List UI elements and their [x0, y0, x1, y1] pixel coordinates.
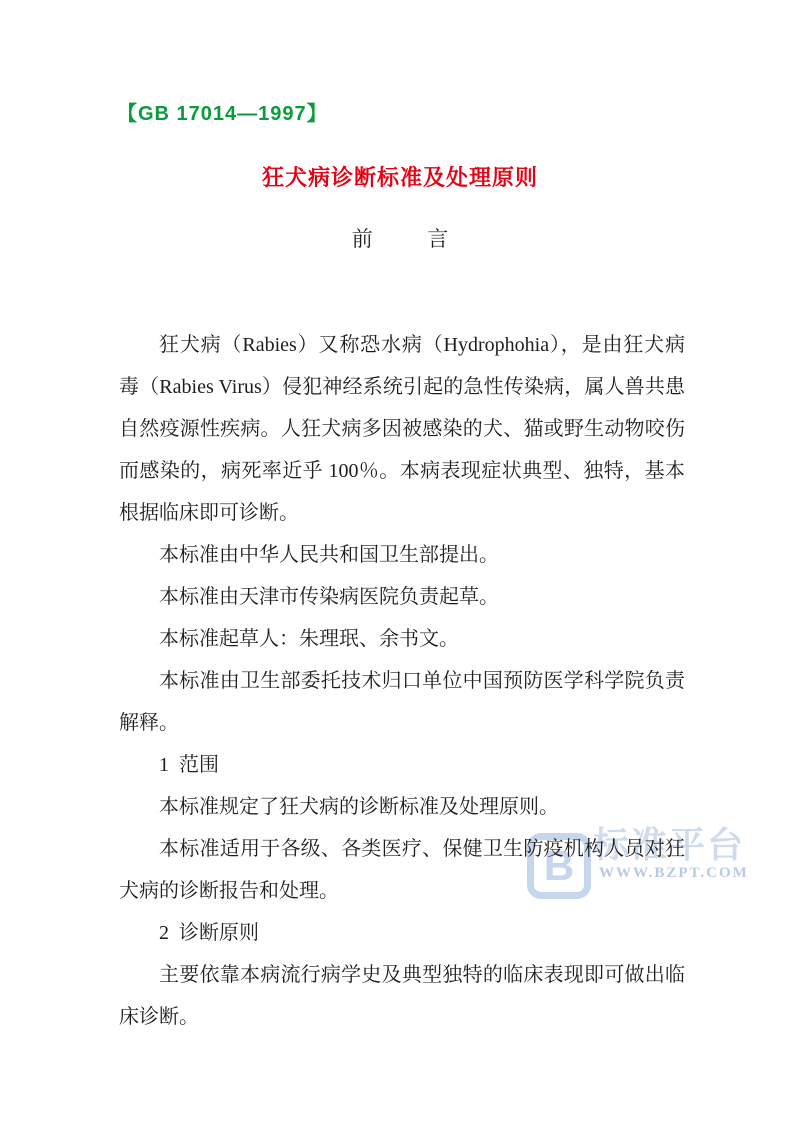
document-page: 【GB 17014—1997】 狂犬病诊断标准及处理原则 前 言 B 标准平台 …: [0, 0, 800, 1131]
preface-char-second: 言: [427, 227, 448, 251]
paragraph-issued-by: 本标准由中华人民共和国卫生部提出。: [119, 534, 685, 576]
document-title: 狂犬病诊断标准及处理原则: [0, 165, 800, 191]
paragraph-drafters: 本标准起草人：朱理珉、余书文。: [119, 618, 685, 660]
standard-code: 【GB 17014—1997】: [117, 102, 328, 126]
preface-char-first: 前: [352, 227, 373, 251]
document-body: 狂犬病（Rabies）又称恐水病（Hydrophohia），是由狂犬病毒（Rab…: [119, 324, 685, 1038]
preface-heading: 前 言: [0, 227, 800, 252]
paragraph-scope-application: 本标准适用于各级、各类医疗、保健卫生防疫机构人员对狂犬病的诊断报告和处理。: [119, 828, 685, 912]
paragraph-intro: 狂犬病（Rabies）又称恐水病（Hydrophohia），是由狂犬病毒（Rab…: [119, 324, 685, 534]
paragraph-diagnosis-principle: 主要依靠本病流行病学史及典型独特的临床表现即可做出临床诊断。: [119, 954, 685, 1038]
paragraph-interpretation: 本标准由卫生部委托技术归口单位中国预防医学科学院负责解释。: [119, 660, 685, 744]
section-1-heading: 1 范围: [119, 744, 685, 786]
paragraph-scope-definition: 本标准规定了狂犬病的诊断标准及处理原则。: [119, 786, 685, 828]
section-2-heading: 2 诊断原则: [119, 912, 685, 954]
paragraph-drafted-by: 本标准由天津市传染病医院负责起草。: [119, 576, 685, 618]
